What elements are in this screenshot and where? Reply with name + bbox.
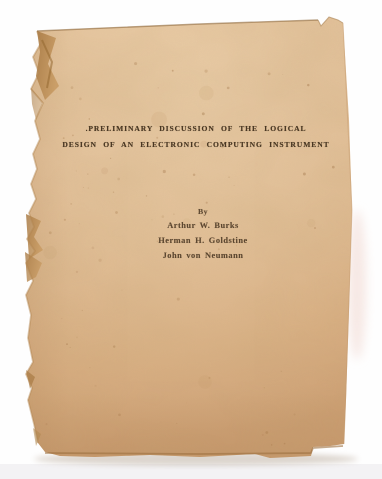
backdrop-band (0, 464, 382, 479)
paper-sheet (0, 0, 382, 479)
paper-body (0, 0, 382, 479)
photo-canvas: .PRELIMINARY DISCUSSION OF THE LOGICAL D… (0, 0, 382, 479)
